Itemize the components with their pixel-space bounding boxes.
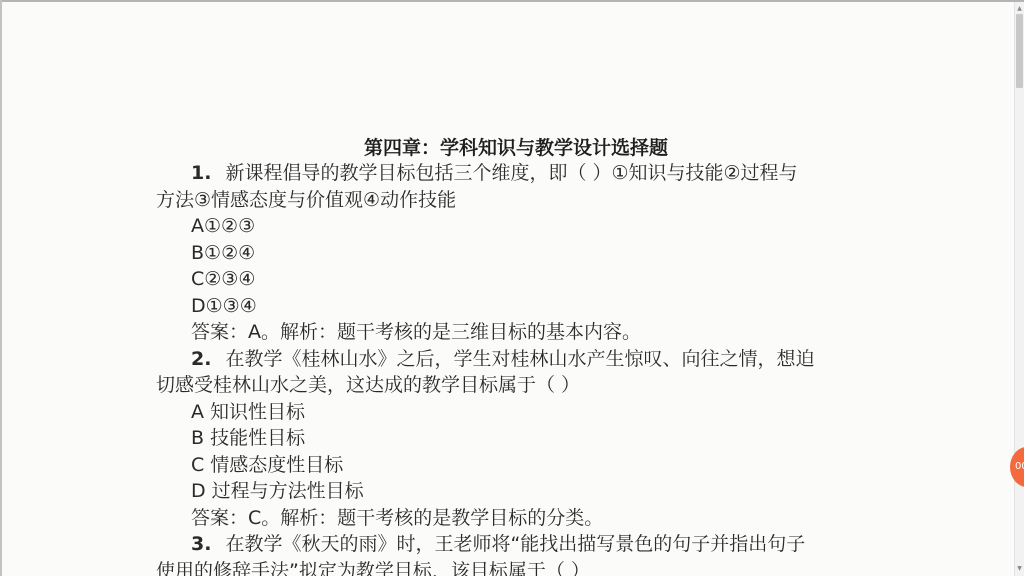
question-1-option-a: A①②③: [191, 213, 255, 239]
document-page: [2, 2, 1016, 576]
question-1-option-c: C②③④: [191, 266, 255, 292]
question-2-option-b: B 技能性目标: [191, 425, 305, 451]
question-2-option-d: D 过程与方法性目标: [191, 478, 364, 504]
question-1-answer: 答案：A。解析：题干考核的是三维目标的基本内容。: [191, 319, 641, 345]
question-number: 3.: [191, 533, 211, 555]
window-left-border: [0, 0, 2, 576]
question-1-option-d: D①③④: [191, 293, 257, 319]
scroll-thumb[interactable]: [1016, 14, 1023, 88]
question-3-stem-line2: 使用的修辞手法”拟定为教学目标，该目标属于（ ）: [156, 558, 590, 576]
question-2-answer: 答案：C。解析：题干考核的是教学目标的分类。: [191, 505, 603, 531]
window-top-border: [0, 0, 1024, 2]
question-2-stem-line2: 切感受桂林山水之美，这达成的教学目标属于（ ）: [156, 372, 580, 398]
question-number: 2.: [191, 348, 211, 370]
question-number: 1.: [191, 162, 211, 184]
scroll-up-arrow-icon[interactable]: ▲: [1016, 6, 1023, 12]
question-1-stem-line2: 方法③情感态度与价值观④动作技能: [156, 187, 456, 213]
question-2-option-c: C 情感态度性目标: [191, 452, 343, 478]
question-1-option-b: B①②④: [191, 240, 255, 266]
scroll-down-arrow-icon[interactable]: ▼: [1016, 566, 1023, 572]
question-2-stem-line1: 2.在教学《桂林山水》之后，学生对桂林山水产生惊叹、向往之情，想迫: [191, 346, 814, 372]
chapter-title: 第四章：学科知识与教学设计选择题: [364, 135, 668, 161]
question-2-option-a: A 知识性目标: [191, 399, 305, 425]
question-1-stem-line1: 1.新课程倡导的教学目标包括三个维度，即（ ）①知识与技能②过程与: [191, 160, 798, 186]
vertical-scrollbar[interactable]: ▲ ▼: [1014, 2, 1024, 576]
question-3-stem-line1: 3.在教学《秋天的雨》时，王老师将“能找出描写景色的句子并指出句子: [191, 531, 805, 557]
